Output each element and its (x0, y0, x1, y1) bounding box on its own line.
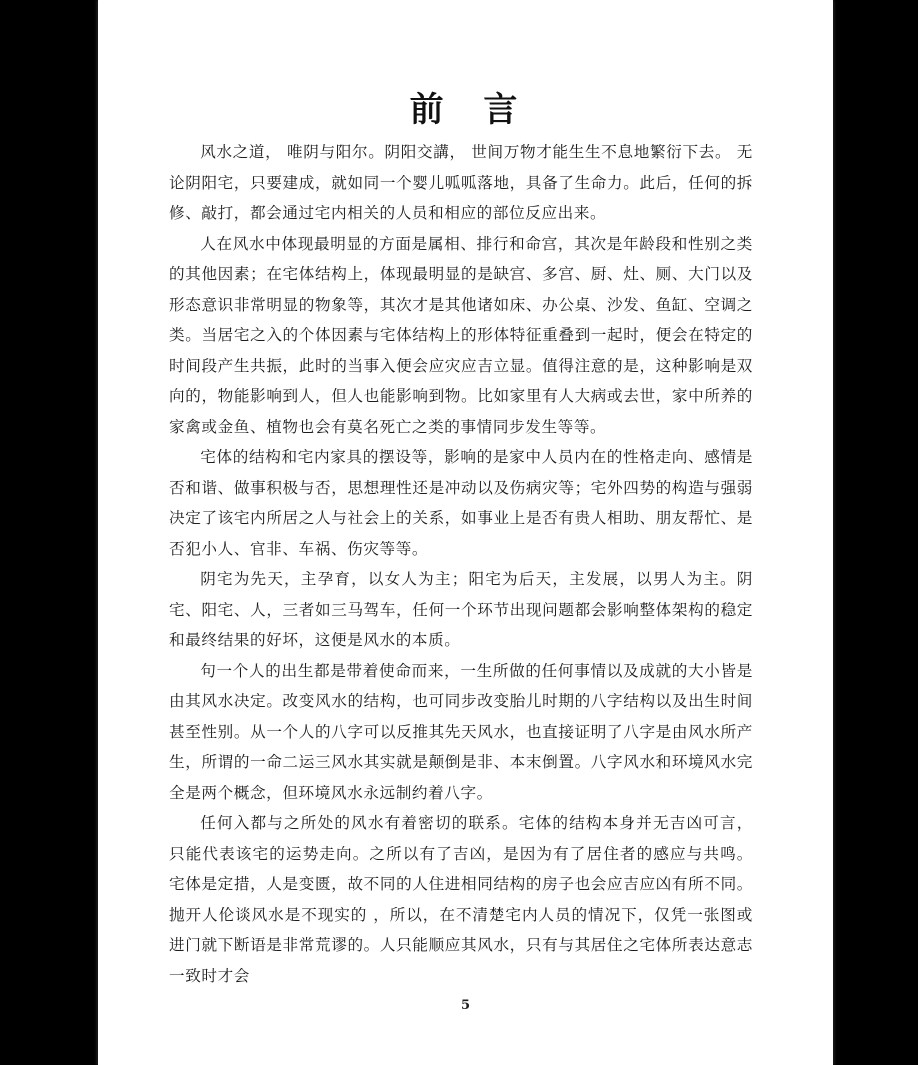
page-number: 5 (98, 998, 833, 1013)
paragraph-5: 句一个人的出生都是带着使命而来，一生所做的任何事情以及成就的大小皆是由其风水决定… (169, 656, 753, 809)
paragraph-3: 宅体的结构和宅内家具的摆设等，影响的是家中人员内在的性格走向、感情是否和谐、做事… (169, 442, 753, 564)
paragraph-2: 人在风水中体现最明显的方面是属相、排行和命宫，其次是年龄段和性别之类的其他因素；… (169, 229, 753, 443)
paragraph-4: 阴宅为先天，主孕育，以女人为主；阳宅为后天，主发展，以男人为主。阴宅、阳宅、人，… (169, 564, 753, 656)
page-title: 前 言 (98, 88, 833, 132)
paragraph-6: 任何入都与之所处的风水有着密切的联系。宅体的结构本身并无吉凶可言， 只能代表该宅… (169, 808, 753, 991)
paragraph-1: 风水之道， 唯阴与阳尔。阴阳交講， 世间万物才能生生不息地繁衍下去。 无论阴阳宅… (169, 137, 753, 229)
body-text: 风水之道， 唯阴与阳尔。阴阳交講， 世间万物才能生生不息地繁衍下去。 无论阴阳宅… (169, 137, 753, 991)
document-page: 前 言 风水之道， 唯阴与阳尔。阴阳交講， 世间万物才能生生不息地繁衍下去。 无… (98, 0, 833, 1065)
